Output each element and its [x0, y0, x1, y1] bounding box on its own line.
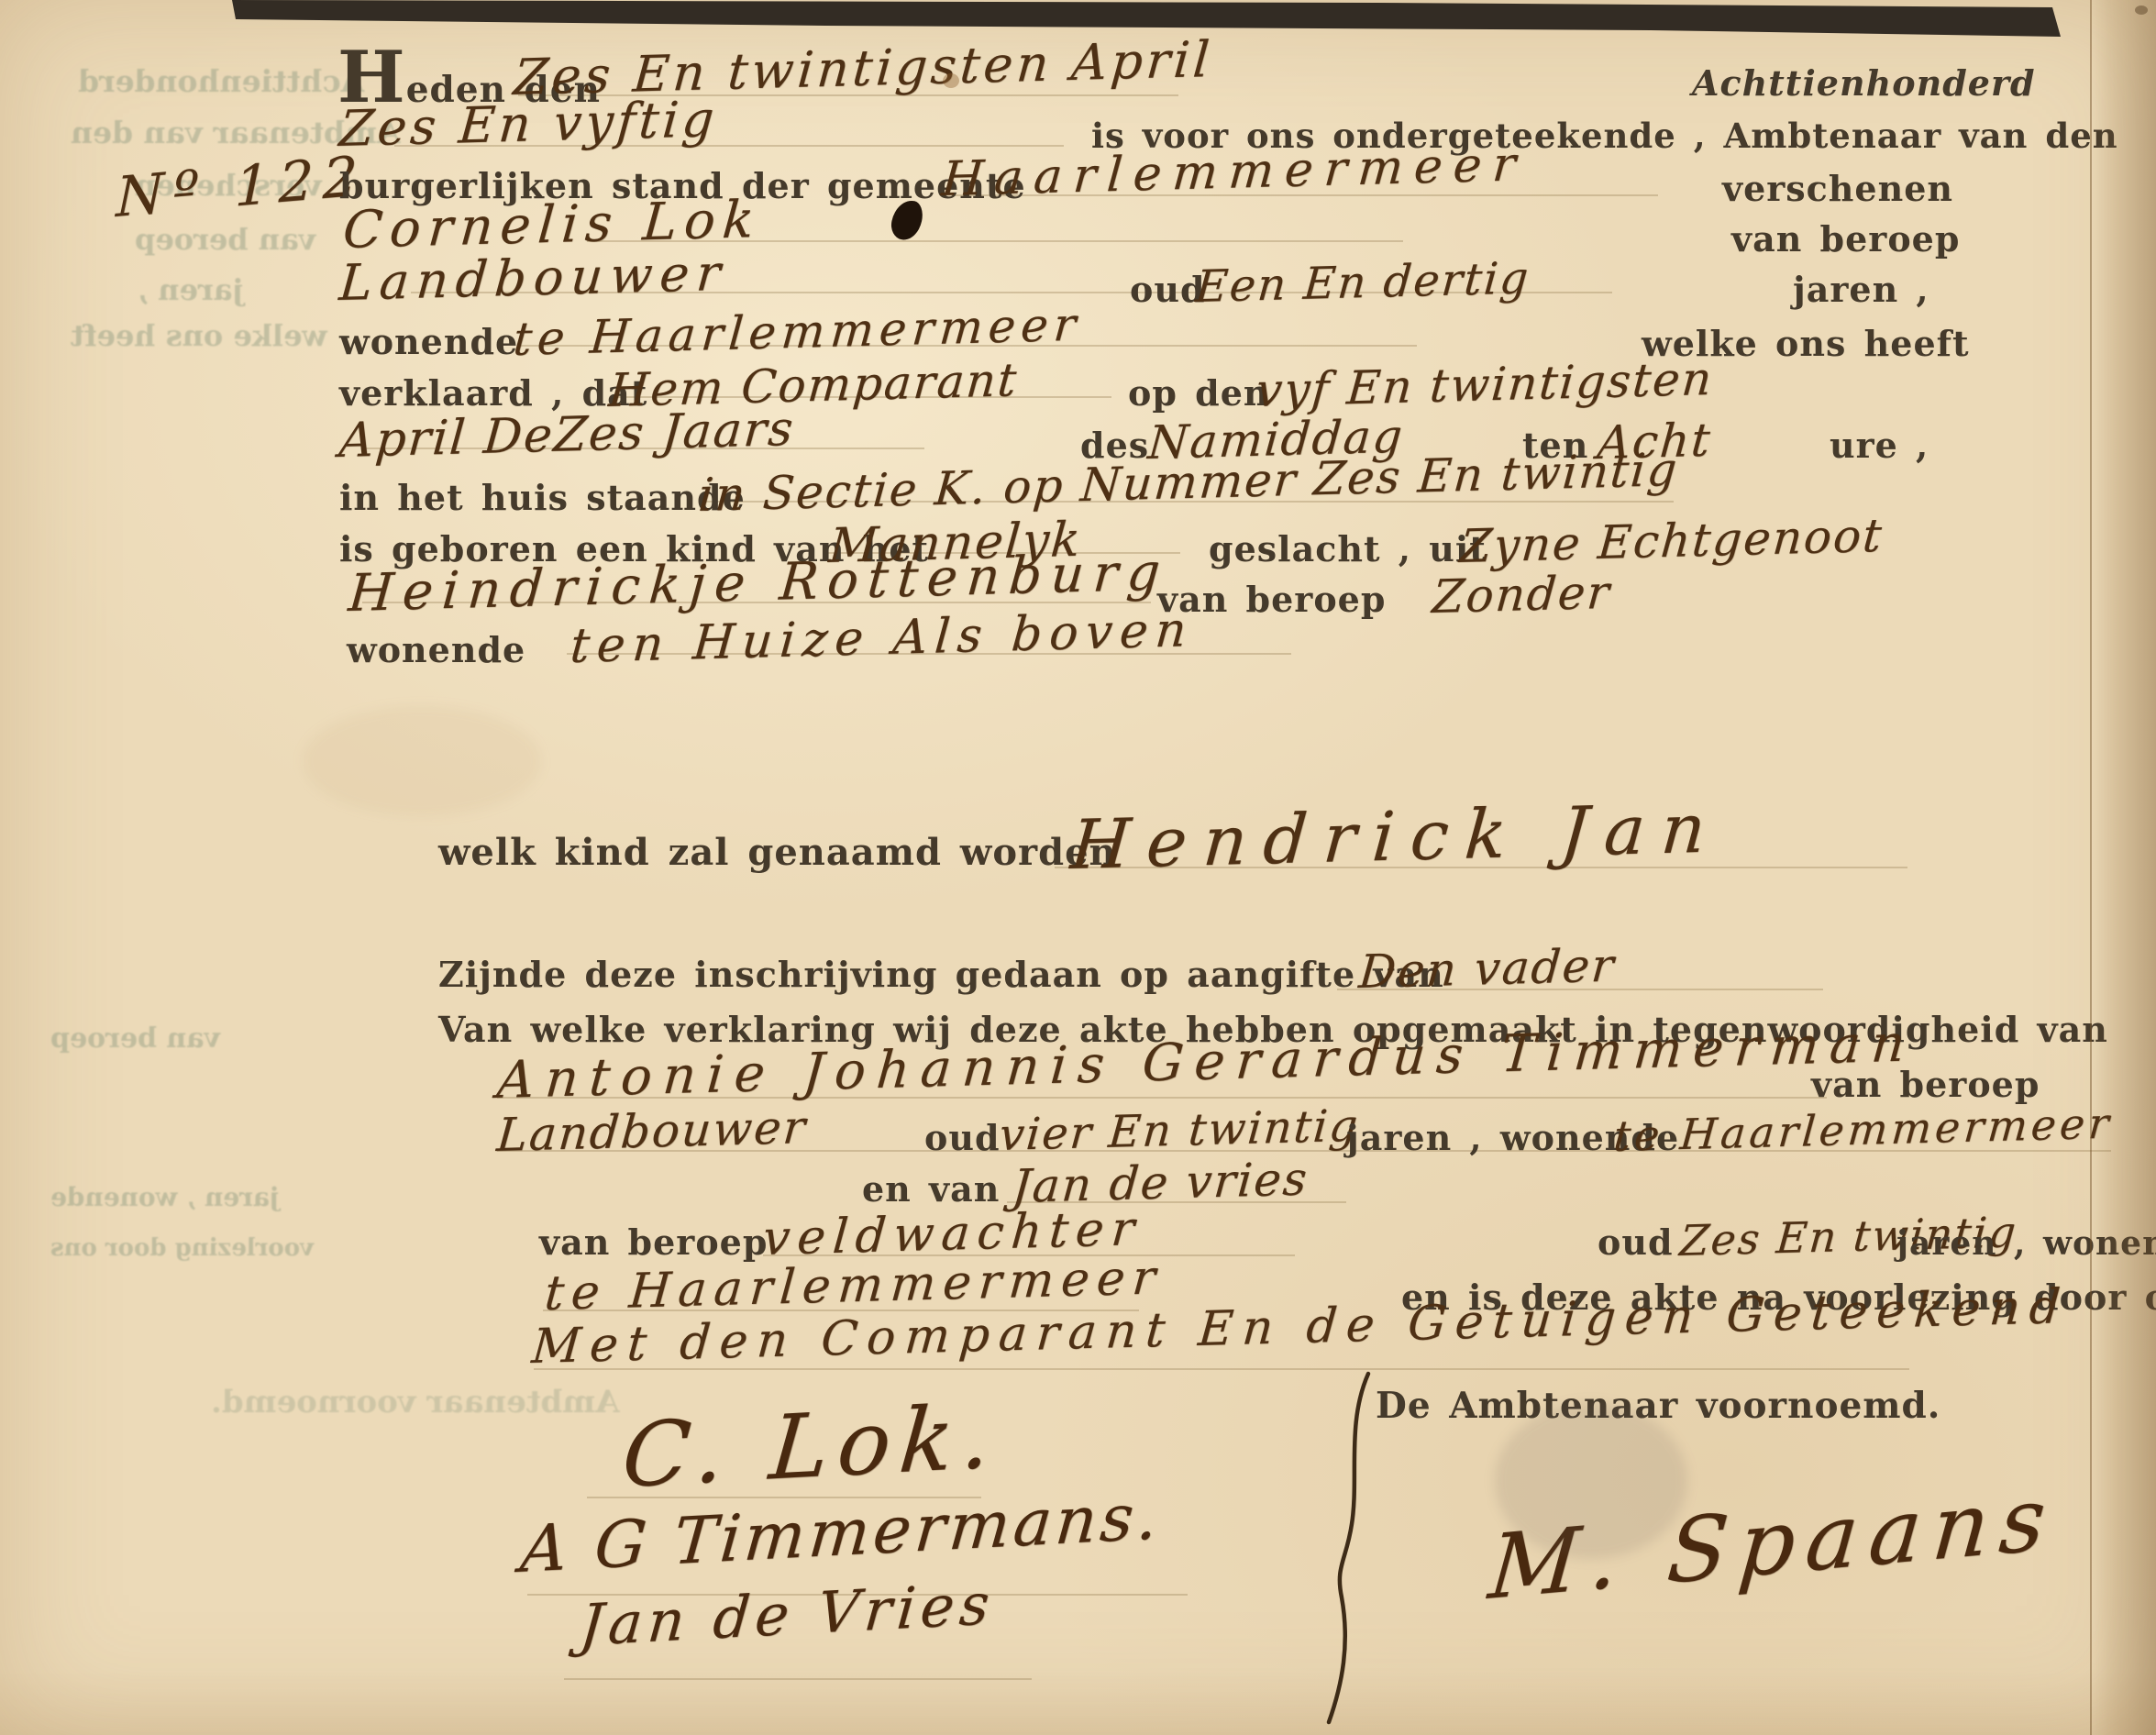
printed-aangifte-label: Zijnde deze inschrijving gedaan op aangi…	[438, 957, 1444, 992]
paper-speck	[943, 73, 959, 88]
printed-jaren: jaren ,	[1793, 272, 1929, 307]
printed-name-label: welk kind zal genaamd worden	[438, 834, 1117, 871]
printed-verschenen: verschenen	[1722, 171, 1953, 206]
signature-declarant: C. Lok.	[619, 1392, 1003, 1500]
bleedthrough-text: Ambtenaar voornoemd.	[211, 1387, 620, 1418]
printed-wonende: wonende	[339, 325, 518, 359]
entry-child-name: Hendrick Jan	[1068, 794, 1724, 879]
entry-witness2-name: Jan de vries	[1011, 1155, 1310, 1210]
entry-declarant-age: Een En dertig	[1194, 256, 1531, 309]
printed-van-beroep: van beroep	[1731, 222, 1960, 257]
entry-gemeente: Haarlemmermeer	[940, 140, 1528, 204]
bleedthrough-text: voorlezing door ons	[50, 1236, 314, 1260]
birth-certificate-scan: Achttienhonderd Ambtenaar van den versch…	[0, 0, 2156, 1735]
bleedthrough-text: jaren , wonende	[50, 1185, 279, 1210]
entry-line	[564, 1678, 1032, 1680]
printed-van-beroep-3: van beroep	[1811, 1067, 2040, 1102]
entry-mother-occupation: Zonder	[1431, 569, 1612, 620]
printed-oud-3: oud	[1598, 1225, 1674, 1260]
printed-achttienhonderd: Achttienhonderd	[1692, 66, 2036, 101]
entry-declarant-occupation: Landbouwer	[337, 249, 729, 308]
printed-op-den: op den	[1128, 376, 1270, 411]
entry-witness1-age: vier En twintig	[998, 1104, 1361, 1157]
printed-en-van: en van	[862, 1172, 1000, 1207]
printed-verklaard-dat: verklaard , dat	[339, 376, 647, 411]
printed-van-beroep-4: van beroep	[539, 1225, 768, 1260]
bleedthrough-text: van beroep	[50, 1025, 220, 1053]
entry-mother-relation: Zyne Echtgenoot	[1458, 513, 1885, 569]
printed-house-label: in het huis staande	[339, 481, 746, 515]
entry-birth-day: vyf En twintigsten	[1255, 356, 1715, 414]
entry-aangifte-by: Den vader	[1357, 943, 1617, 995]
signature-brace	[1329, 1374, 1368, 1722]
paper-stain	[303, 706, 541, 816]
pencil-smudge	[1495, 1403, 1687, 1559]
entry-witness1-occupation: Landbouwer	[495, 1104, 809, 1158]
bleedthrough-text: jaren ,	[138, 275, 243, 304]
entry-birth-day-2: April DeZes Jaars	[337, 405, 796, 465]
printed-ure: ure ,	[1830, 428, 1929, 463]
bleedthrough-text: van beroep	[135, 225, 315, 254]
bleedthrough-text: Achttienhonderd	[78, 66, 364, 96]
bleedthrough-text: welke ons heeft	[71, 321, 327, 350]
printed-official-label: De Ambtenaar voornoemd.	[1376, 1388, 1940, 1424]
entry-witness1-residence: te Haarlemmermeer	[1612, 1102, 2114, 1157]
entry-year: Zes En vyftig	[337, 94, 719, 154]
printed-wonende-2: wonende	[347, 633, 525, 668]
page-right-edge	[2090, 0, 2156, 1735]
printed-geslacht-uit: geslacht , uit	[1209, 532, 1487, 567]
printed-oud-2: oud	[924, 1121, 1001, 1155]
